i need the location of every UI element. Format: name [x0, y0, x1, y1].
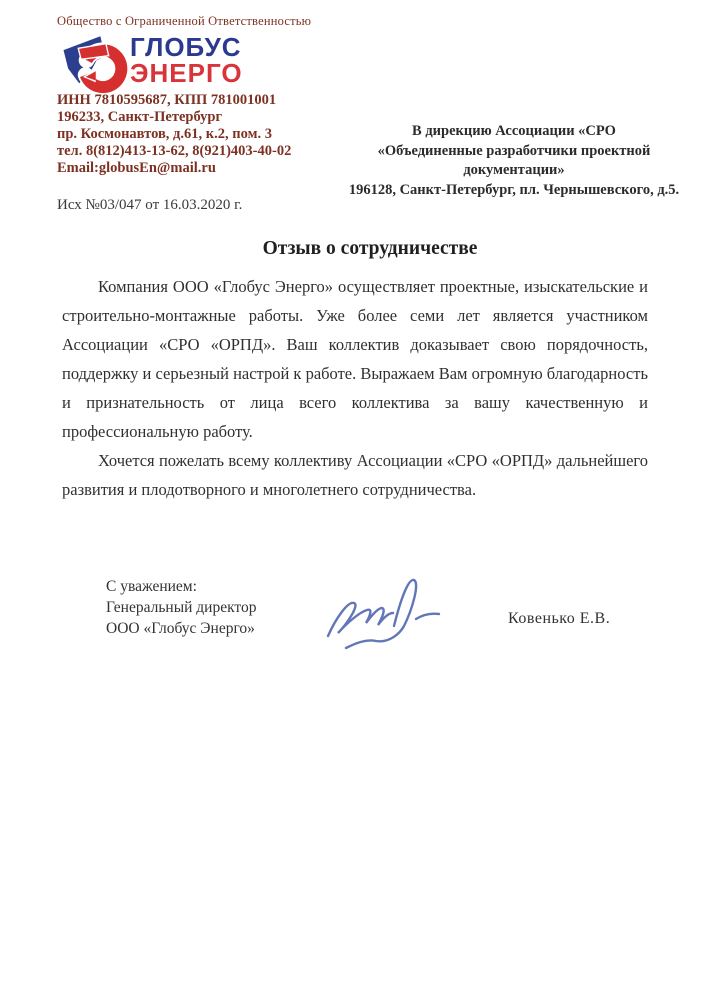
company-logo-wordmark: ГЛОБУС ЭНЕРГО — [130, 34, 243, 86]
outgoing-reference: Исх №03/047 от 16.03.2020 г. — [57, 197, 242, 214]
document-title: Отзыв о сотрудничестве — [77, 238, 663, 260]
recipient-line-1: В дирекцию Ассоциации «СРО — [328, 122, 700, 142]
recipient-block: В дирекцию Ассоциации «СРО «Объединенные… — [328, 122, 700, 200]
signoff-company: ООО «Глобус Энерго» — [106, 618, 257, 639]
letter-body: Компания ООО «Глобус Энерго» осуществляе… — [62, 272, 648, 504]
company-logo: ГЛОБУС ЭНЕРГО — [58, 31, 243, 95]
handwritten-signature — [312, 568, 480, 658]
logo-word-globus: ГЛОБУС — [130, 34, 243, 60]
company-street: пр. Космонавтов, д.61, к.2, пом. 3 — [57, 126, 291, 143]
letter-document: Общество с Ограниченной Ответственностью… — [0, 0, 707, 1000]
signer-name: Ковенько Е.В. — [508, 610, 610, 628]
signoff-position: Генеральный директор — [106, 597, 257, 618]
logo-word-energo: ЭНЕРГО — [130, 60, 243, 86]
recipient-line-2: «Объединенные разработчики проектной док… — [328, 142, 700, 181]
signoff-regards: С уважением: — [106, 576, 257, 597]
org-type-label: Общество с Ограниченной Ответственностью — [57, 14, 311, 29]
company-logo-mark-icon — [58, 31, 128, 95]
company-inn-kpp: ИНН 7810595687, КПП 781001001 — [57, 92, 291, 109]
company-details: ИНН 7810595687, КПП 781001001 196233, Са… — [57, 92, 291, 177]
company-email: Email:globusEn@mail.ru — [57, 160, 291, 177]
signoff-block: С уважением: Генеральный директор ООО «Г… — [106, 576, 257, 639]
company-city: 196233, Санкт-Петербург — [57, 109, 291, 126]
body-paragraph-2: Хочется пожелать всему коллективу Ассоци… — [62, 446, 648, 504]
body-paragraph-1: Компания ООО «Глобус Энерго» осуществляе… — [62, 272, 648, 446]
recipient-line-3: 196128, Санкт-Петербург, пл. Чернышевско… — [328, 181, 700, 201]
company-phones: тел. 8(812)413-13-62, 8(921)403-40-02 — [57, 143, 291, 160]
